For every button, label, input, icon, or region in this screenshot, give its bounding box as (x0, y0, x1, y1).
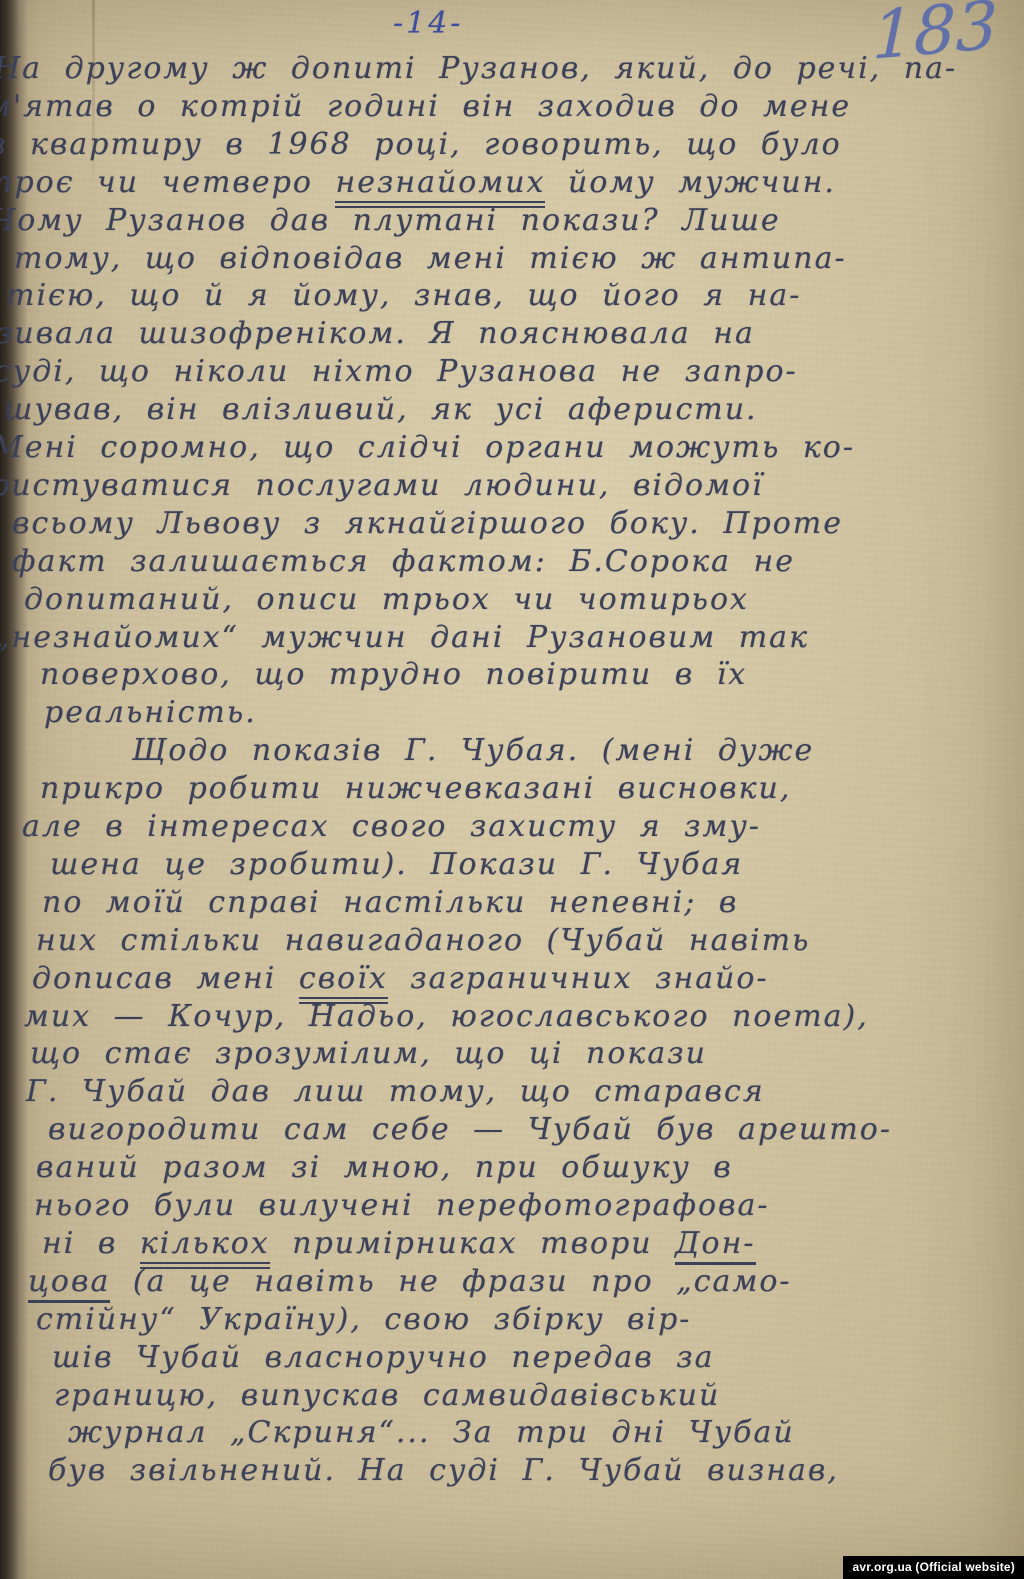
handwritten-line: границю, випускав самвидавівський (54, 1377, 720, 1415)
handwritten-line: журнал „Скриня“... За три дні Чубай (68, 1414, 795, 1452)
handwritten-line: був звільнений. На суді Г. Чубай визнав, (48, 1452, 839, 1490)
handwritten-line: шів Чубай власноручно передав за (52, 1339, 715, 1377)
handwritten-line: ні в кількох примірниках твори Дон- (42, 1225, 756, 1263)
handwritten-line: стійну“ Україну), свою збірку вір- (36, 1301, 691, 1339)
handwritten-line: нього були вилучені перефотографова- (34, 1187, 770, 1225)
handwritten-line: На другому ж допиті Рузанов, який, до ре… (0, 50, 957, 88)
handwritten-line: реальність. (44, 694, 257, 732)
handwritten-line: зивала шизофреніком. Я пояснювала на (0, 315, 755, 353)
handwritten-line: Щодо показів Г. Чубая. (мені дуже (132, 732, 814, 770)
handwritten-line: троє чи четверо незнайомих йому мужчин. (0, 164, 836, 202)
handwritten-line: мих — Кочур, Надьо, югославського поета)… (24, 998, 869, 1036)
handwritten-line: „незнайомих“ мужчин дані Рузановим так (0, 619, 809, 657)
handwritten-line: ваний разом зі мною, при обшуку в (36, 1149, 733, 1187)
handwritten-line: допитаний, описи трьох чи чотирьох (24, 581, 749, 619)
handwritten-line: але в інтересах свого захисту я зму- (22, 808, 761, 846)
handwritten-line: дописав мені своїх заграничних знайо- (32, 960, 769, 998)
handwritten-line: тією, що й я йому, знав, що його я на- (6, 277, 801, 315)
handwritten-line: м'ятав о котрій годині він заходив до ме… (0, 88, 851, 126)
handwritten-line: тому, що відповідав мені тією ж антипа- (14, 240, 847, 278)
handwritten-line: Г. Чубай дав лиш тому, що старався (26, 1073, 765, 1111)
handwritten-line: вигородити сам себе — Чубай був арешто- (48, 1111, 892, 1149)
handwritten-line: прикро робити нижчевказані висновки, (40, 770, 791, 808)
handwritten-line: Мені соромно, що слідчі органи можуть ко… (0, 429, 855, 467)
handwritten-line: ристуватися послугами людини, відомої (0, 467, 764, 505)
scanned-page: -14- 183 На другому ж допиті Рузанов, як… (0, 0, 1024, 1579)
handwritten-line: по моїй справі настільки непевні; в (42, 884, 738, 922)
handwritten-line: шував, він влізливий, як усі аферисти. (4, 391, 758, 429)
watermark: avr.org.ua (Official website) (843, 1556, 1024, 1579)
underlined-word: Дон- (675, 1226, 755, 1265)
handwritten-line: всьому Львову з якнайгіршого боку. Проте (12, 505, 843, 543)
handwritten-line: що стає зрозумілим, що ці покази (30, 1035, 707, 1073)
handwritten-line: факт залишається фактом: Б.Сорока не (12, 543, 795, 581)
handwritten-line: цова (а це навіть не фрази про „само- (28, 1263, 792, 1301)
handwritten-line: поверхово, що трудно повірити в їх (40, 656, 747, 694)
handwritten-line: Чому Рузанов дав плутані покази? Лише (0, 202, 781, 240)
handwritten-text-block: На другому ж допиті Рузанов, який, до ре… (0, 0, 1024, 1579)
underlined-word: цова (28, 1264, 110, 1303)
handwritten-line: в квартиру в 1968 році, говорить, що бул… (0, 126, 842, 164)
handwritten-line: шена це зробити). Покази Г. Чубая (50, 846, 743, 884)
handwritten-line: них стільки навигаданого (Чубай навіть (36, 922, 810, 960)
handwritten-line: суді, що ніколи ніхто Рузанова не запро- (0, 353, 798, 391)
